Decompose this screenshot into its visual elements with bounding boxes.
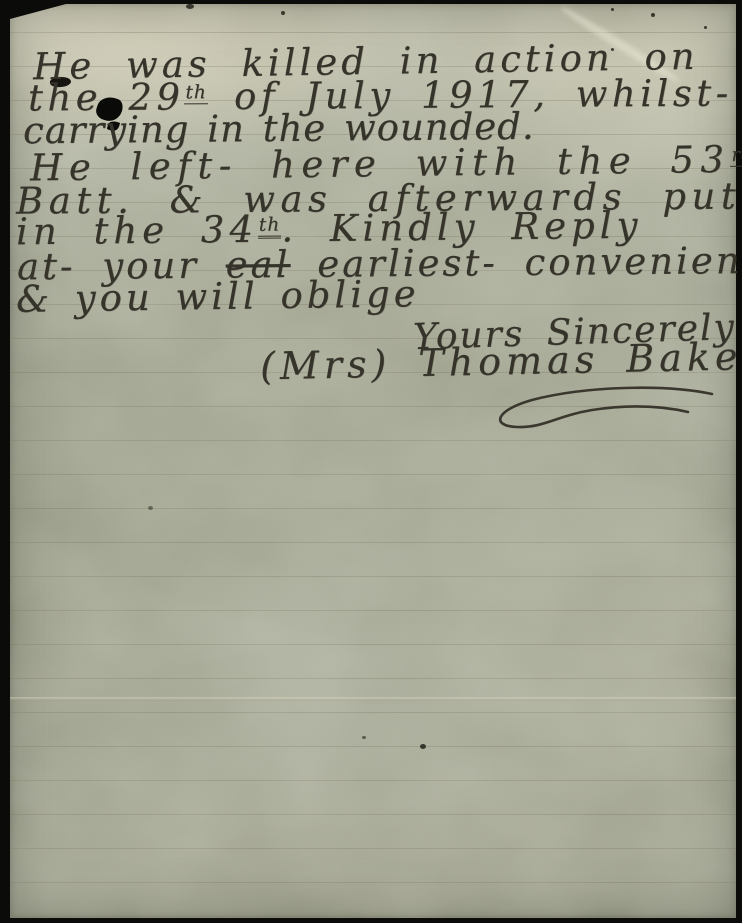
paper-speck <box>704 26 707 29</box>
fold-crease <box>10 697 736 701</box>
letter-line-8: & you will oblige <box>16 272 420 321</box>
letter-page: He was killed in action on the 29th of J… <box>10 4 736 918</box>
corner-tear <box>10 4 66 19</box>
paper-speck <box>281 11 285 15</box>
paper-speck <box>420 744 426 749</box>
line-text: (Mrs) Thomas Baker. <box>260 334 742 389</box>
letter-signature: (Mrs) Thomas Baker. <box>260 334 742 389</box>
superscript-ordinal: rd <box>730 144 742 166</box>
superscript-ordinal: th <box>258 214 282 238</box>
paper-speck <box>186 4 194 9</box>
paper-speck <box>611 8 614 11</box>
signature-flourish <box>460 382 730 434</box>
scanned-letter: He was killed in action on the 29th of J… <box>0 0 742 923</box>
superscript-ordinal: th <box>184 82 208 104</box>
line-text: & you will oblige <box>16 272 420 321</box>
paper-speck <box>362 736 366 739</box>
paper-speck <box>651 13 655 17</box>
paper-speck <box>148 506 153 510</box>
